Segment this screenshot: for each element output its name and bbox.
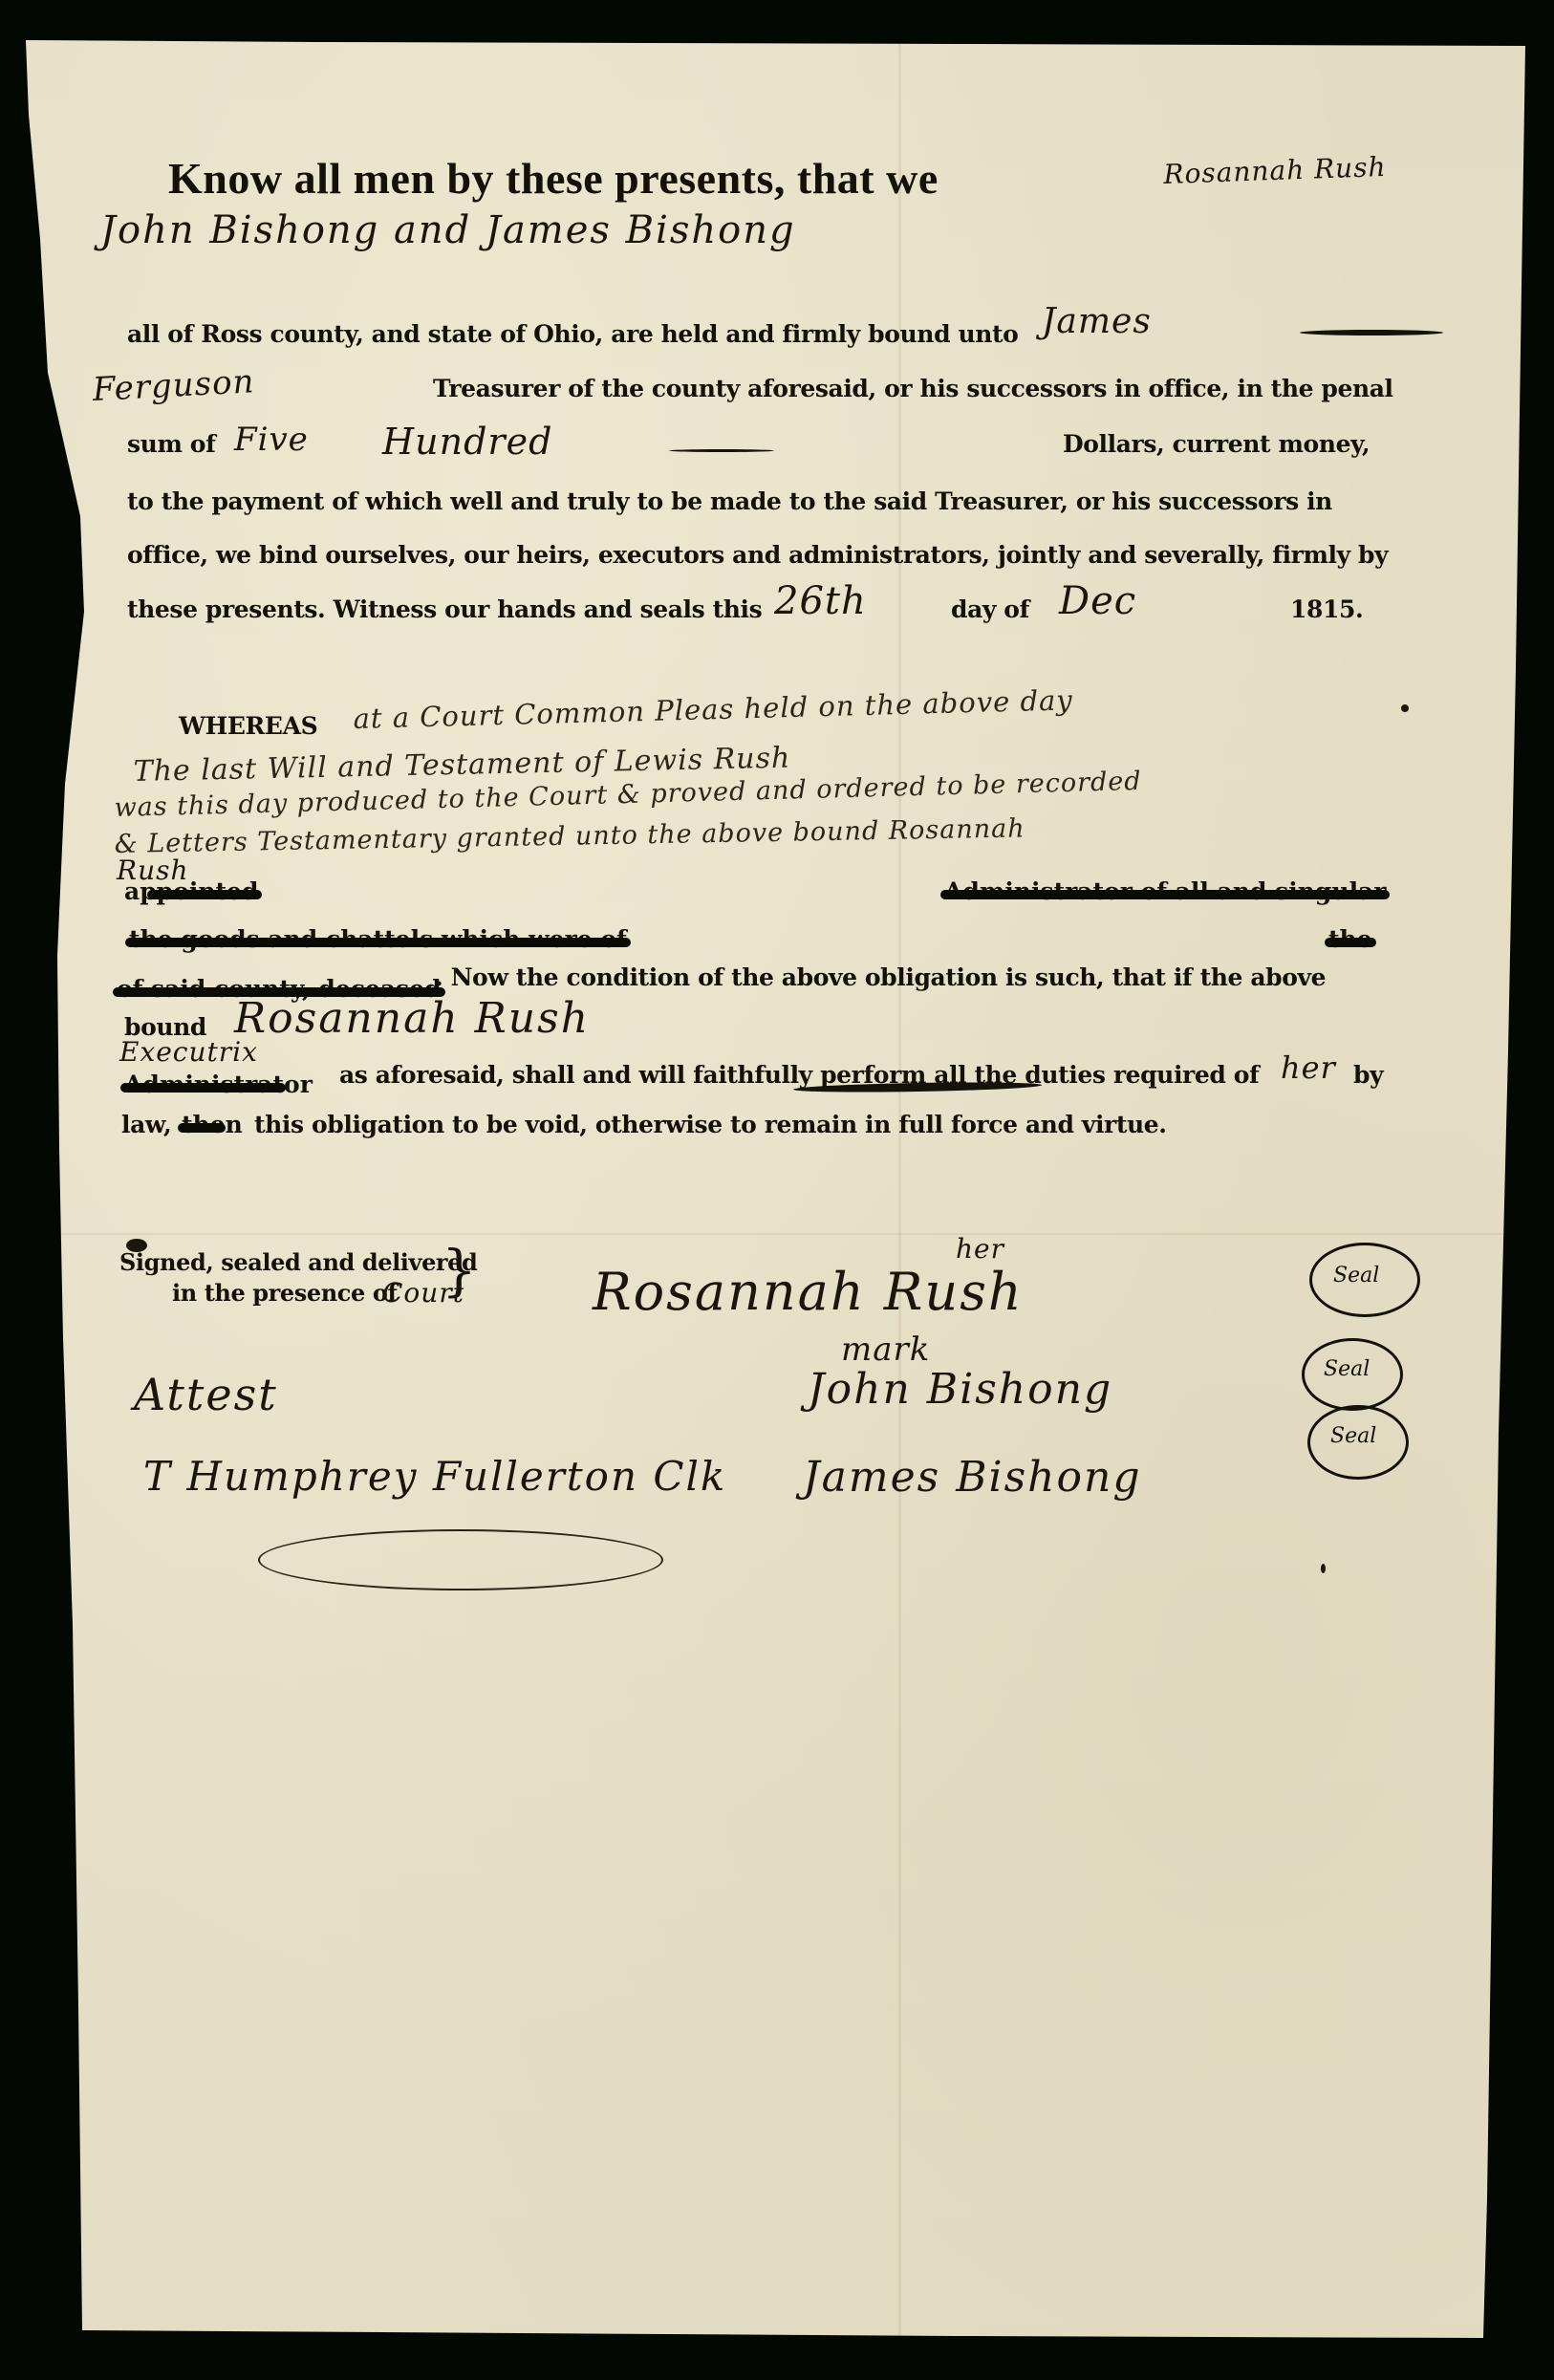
document-title: Know all men by these presents, that we — [168, 153, 939, 204]
printed-year: 1815. — [1290, 595, 1363, 623]
witness-month: Dec — [1059, 579, 1136, 623]
attest: Attest — [134, 1369, 278, 1420]
printed-whereas: WHEREAS — [179, 712, 317, 740]
printed-signed-sealed: Signed, sealed and delivered — [119, 1248, 477, 1276]
sum-hundred: Hundred — [382, 421, 552, 463]
signer-1-mark: her — [956, 1233, 1004, 1265]
printed-law: law, — [121, 1111, 171, 1138]
printed-sum-of: sum of — [127, 430, 215, 458]
signer-james-bishong: James Bishong — [803, 1453, 1142, 1502]
struck-administrator: Administrator — [124, 1071, 313, 1098]
required-of-her: her — [1281, 1049, 1336, 1086]
strike-bar — [120, 1083, 286, 1093]
sum-five: Five — [234, 421, 309, 459]
witness-court: Court — [382, 1277, 464, 1309]
treasurer-last-name: Ferguson — [92, 362, 255, 409]
seal-1-label: Seal — [1333, 1264, 1379, 1287]
whereas-handwritten-line-4: & Letters Testamentary granted unto the … — [114, 813, 1025, 859]
struck-then: then — [182, 1111, 243, 1138]
printed-day-of: day of — [951, 595, 1029, 623]
fill-line — [1300, 330, 1443, 335]
printed-line-payment: to the payment of which well and truly t… — [127, 487, 1332, 515]
whereas-handwritten-line-1: at a Court Common Pleas held on the abov… — [353, 683, 1073, 735]
printed-line-treasurer: Treasurer of the county aforesaid, or hi… — [433, 375, 1393, 402]
printed-by: by — [1353, 1061, 1383, 1089]
ink-speck — [1401, 704, 1409, 712]
document-paper: Know all men by these presents, that we … — [0, 0, 1554, 2380]
strike-bar — [940, 890, 1390, 899]
signer-rosannah-rush: Rosannah Rush — [593, 1262, 1024, 1322]
printed-line-office: office, we bind ourselves, our heirs, ex… — [127, 541, 1388, 569]
seal-3-label: Seal — [1330, 1424, 1376, 1448]
obligors-bishong: John Bishong and James Bishong — [100, 208, 796, 252]
ink-speck — [946, 11, 950, 15]
treasurer-first-name: James — [1042, 302, 1152, 341]
bound-name: Rosannah Rush — [234, 994, 590, 1043]
ink-speck — [1321, 1564, 1326, 1573]
printed-presence-of: in the presence of — [172, 1279, 397, 1307]
printed-law-rest: this obligation to be void, otherwise to… — [254, 1111, 1167, 1138]
printed-witness-prefix: these presents. Witness our hands and se… — [127, 595, 762, 623]
fill-line — [669, 449, 774, 452]
strike-bar — [178, 1123, 226, 1133]
printed-condition: . Now the condition of the above obligat… — [435, 963, 1326, 991]
clerk-flourish — [258, 1529, 663, 1590]
printed-as-aforesaid: as aforesaid, shall and will faithfully … — [339, 1061, 1259, 1089]
obligor-rosannah-rush: Rosannah Rush — [1163, 151, 1387, 190]
strike-bar — [125, 938, 631, 947]
printed-line-ross-county: all of Ross county, and state of Ohio, a… — [127, 320, 1018, 348]
signer-2-mark: mark — [841, 1331, 930, 1369]
signer-john-bishong: John Bishong — [808, 1365, 1112, 1414]
struck-appointed: appointed — [124, 877, 258, 905]
strike-bar — [1325, 938, 1376, 947]
witness-day: 26th — [774, 579, 867, 623]
clerk-signature: T Humphrey Fullerton Clk — [143, 1453, 726, 1500]
seal-2-label: Seal — [1324, 1357, 1370, 1381]
executrix: Executrix — [119, 1036, 258, 1068]
printed-dollars-current-money: Dollars, current money, — [1063, 430, 1370, 458]
struck-administrator-of-all: Administrator of all and singular — [944, 877, 1386, 905]
fold-line-horizontal — [57, 1233, 1510, 1235]
struck-the: the — [1328, 925, 1372, 953]
strike-bar — [147, 890, 262, 899]
struck-goods-chattels: the goods and chattels which were of — [129, 925, 627, 953]
